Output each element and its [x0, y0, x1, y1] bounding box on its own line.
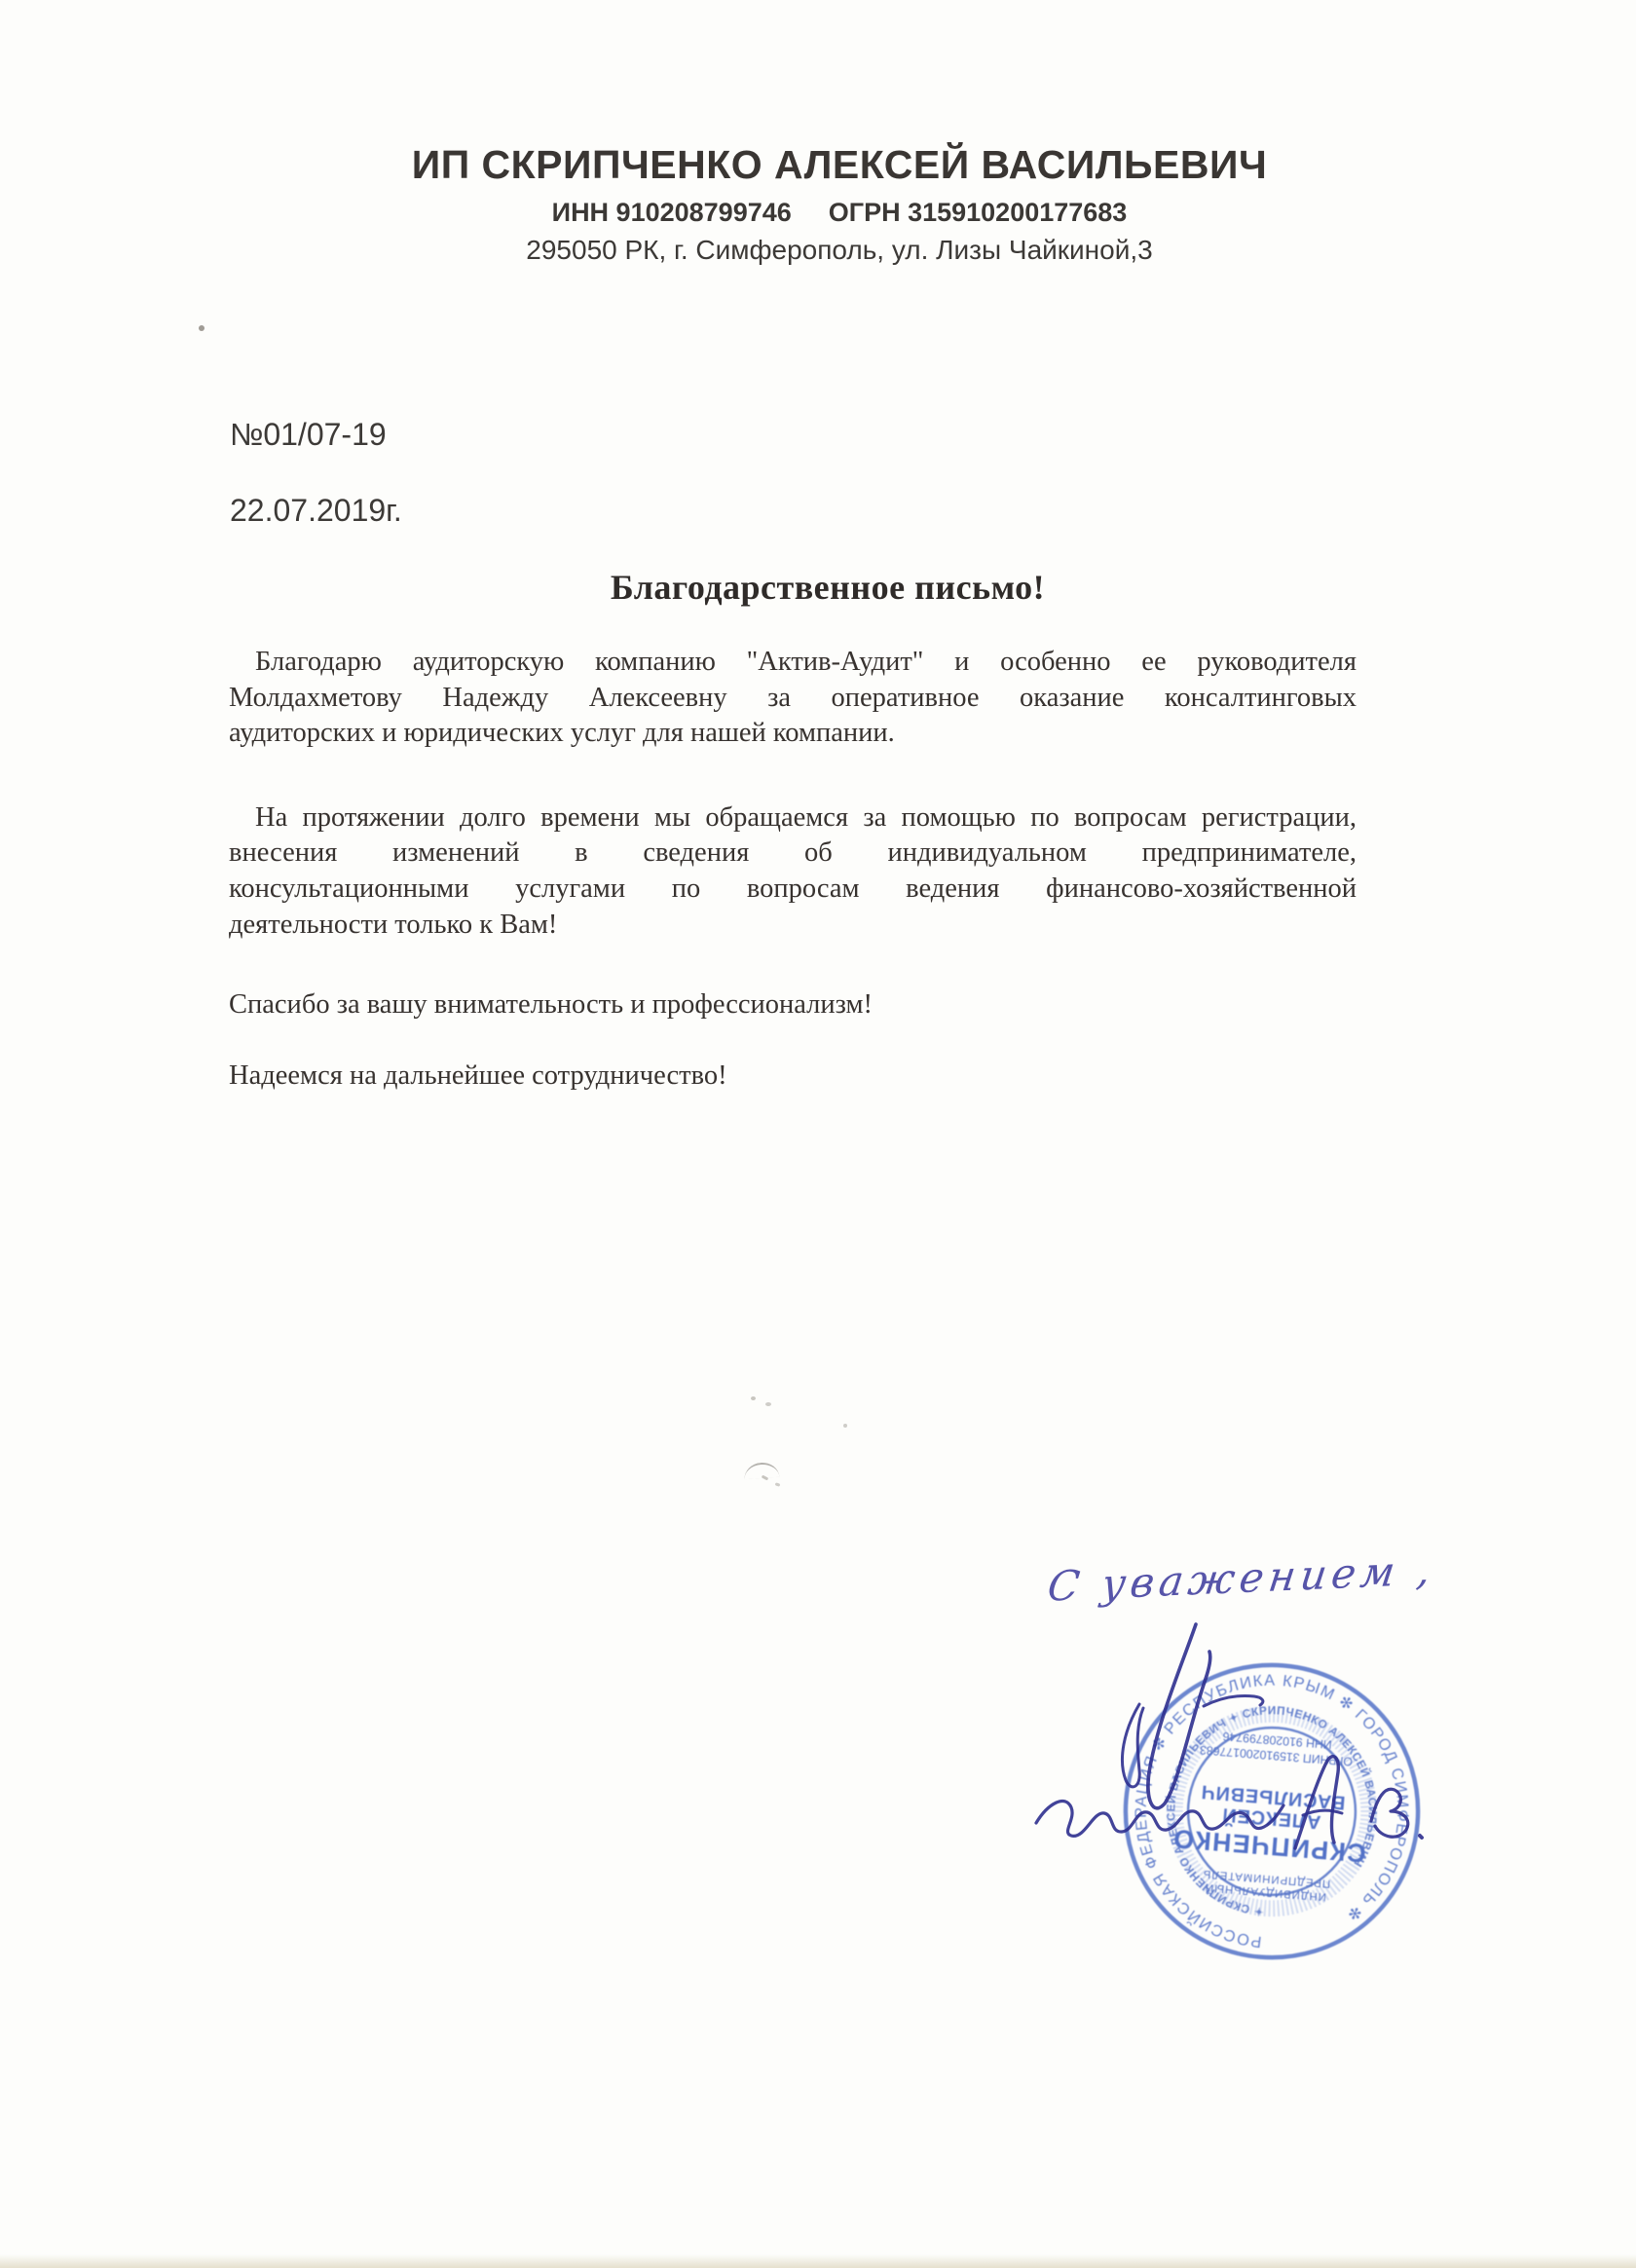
ref-block: №01/07-19 22.07.2019г.: [230, 417, 402, 529]
body-line: Спасибо за вашу внимательность и професс…: [229, 987, 1357, 1023]
body-line: На протяжении долго времени мы обращаемс…: [229, 800, 1357, 837]
ogrn-value: ОГРН 315910200177683: [829, 198, 1128, 227]
signature-scribble: [1003, 1587, 1470, 1918]
body-line: внесения изменений в сведения об индивид…: [229, 836, 1357, 872]
scanned-letter-page: ИП СКРИПЧЕНКО АЛЕКСЕЙ ВАСИЛЬЕВИЧ ИНН 910…: [0, 0, 1636, 2268]
body-line: Надеемся на дальнейшее сотрудничество!: [229, 1059, 1357, 1095]
letter-number: №01/07-19: [230, 417, 402, 453]
scan-pencil-mark: [743, 1462, 779, 1479]
body-line: консультационными услугами по вопросам в…: [229, 872, 1357, 908]
body-line: деятельности только к Вам!: [229, 908, 1357, 944]
company-name: ИП СКРИПЧЕНКО АЛЕКСЕЙ ВАСИЛЬЕВИЧ: [21, 142, 1636, 188]
paragraph-2: На протяжении долго времени мы обращаемс…: [229, 800, 1357, 943]
paragraph-4: Надеемся на дальнейшее сотрудничество!: [229, 1059, 1357, 1095]
scan-bottom-edge: [0, 2254, 1636, 2268]
scan-speck: [765, 1402, 771, 1406]
paragraph-3: Спасибо за вашу внимательность и професс…: [229, 987, 1357, 1023]
letter-title: Благодарственное письмо!: [10, 567, 1636, 608]
body-line: Молдахметову Надежду Алексеевну за опера…: [229, 681, 1357, 717]
company-address: 295050 РК, г. Симферополь, ул. Лизы Чайк…: [21, 235, 1636, 266]
scan-speck: [843, 1424, 847, 1428]
body-line: Благодарю аудиторскую компанию "Актив-Ау…: [229, 645, 1357, 681]
inn-value: ИНН 910208799746: [552, 198, 792, 227]
body-line: аудиторских и юридических услуг для наше…: [229, 716, 1357, 752]
letter-body: Благодарю аудиторскую компанию "Актив-Ау…: [229, 645, 1357, 1140]
letterhead: ИП СКРИПЧЕНКО АЛЕКСЕЙ ВАСИЛЬЕВИЧ ИНН 910…: [21, 142, 1636, 266]
scan-speck: [199, 325, 204, 331]
registration-line: ИНН 910208799746ОГРН 315910200177683: [21, 198, 1636, 228]
scan-speck: [751, 1396, 756, 1400]
letter-date: 22.07.2019г.: [230, 493, 402, 529]
scan-speck: [775, 1482, 781, 1487]
paragraph-1: Благодарю аудиторскую компанию "Актив-Ау…: [229, 645, 1357, 752]
